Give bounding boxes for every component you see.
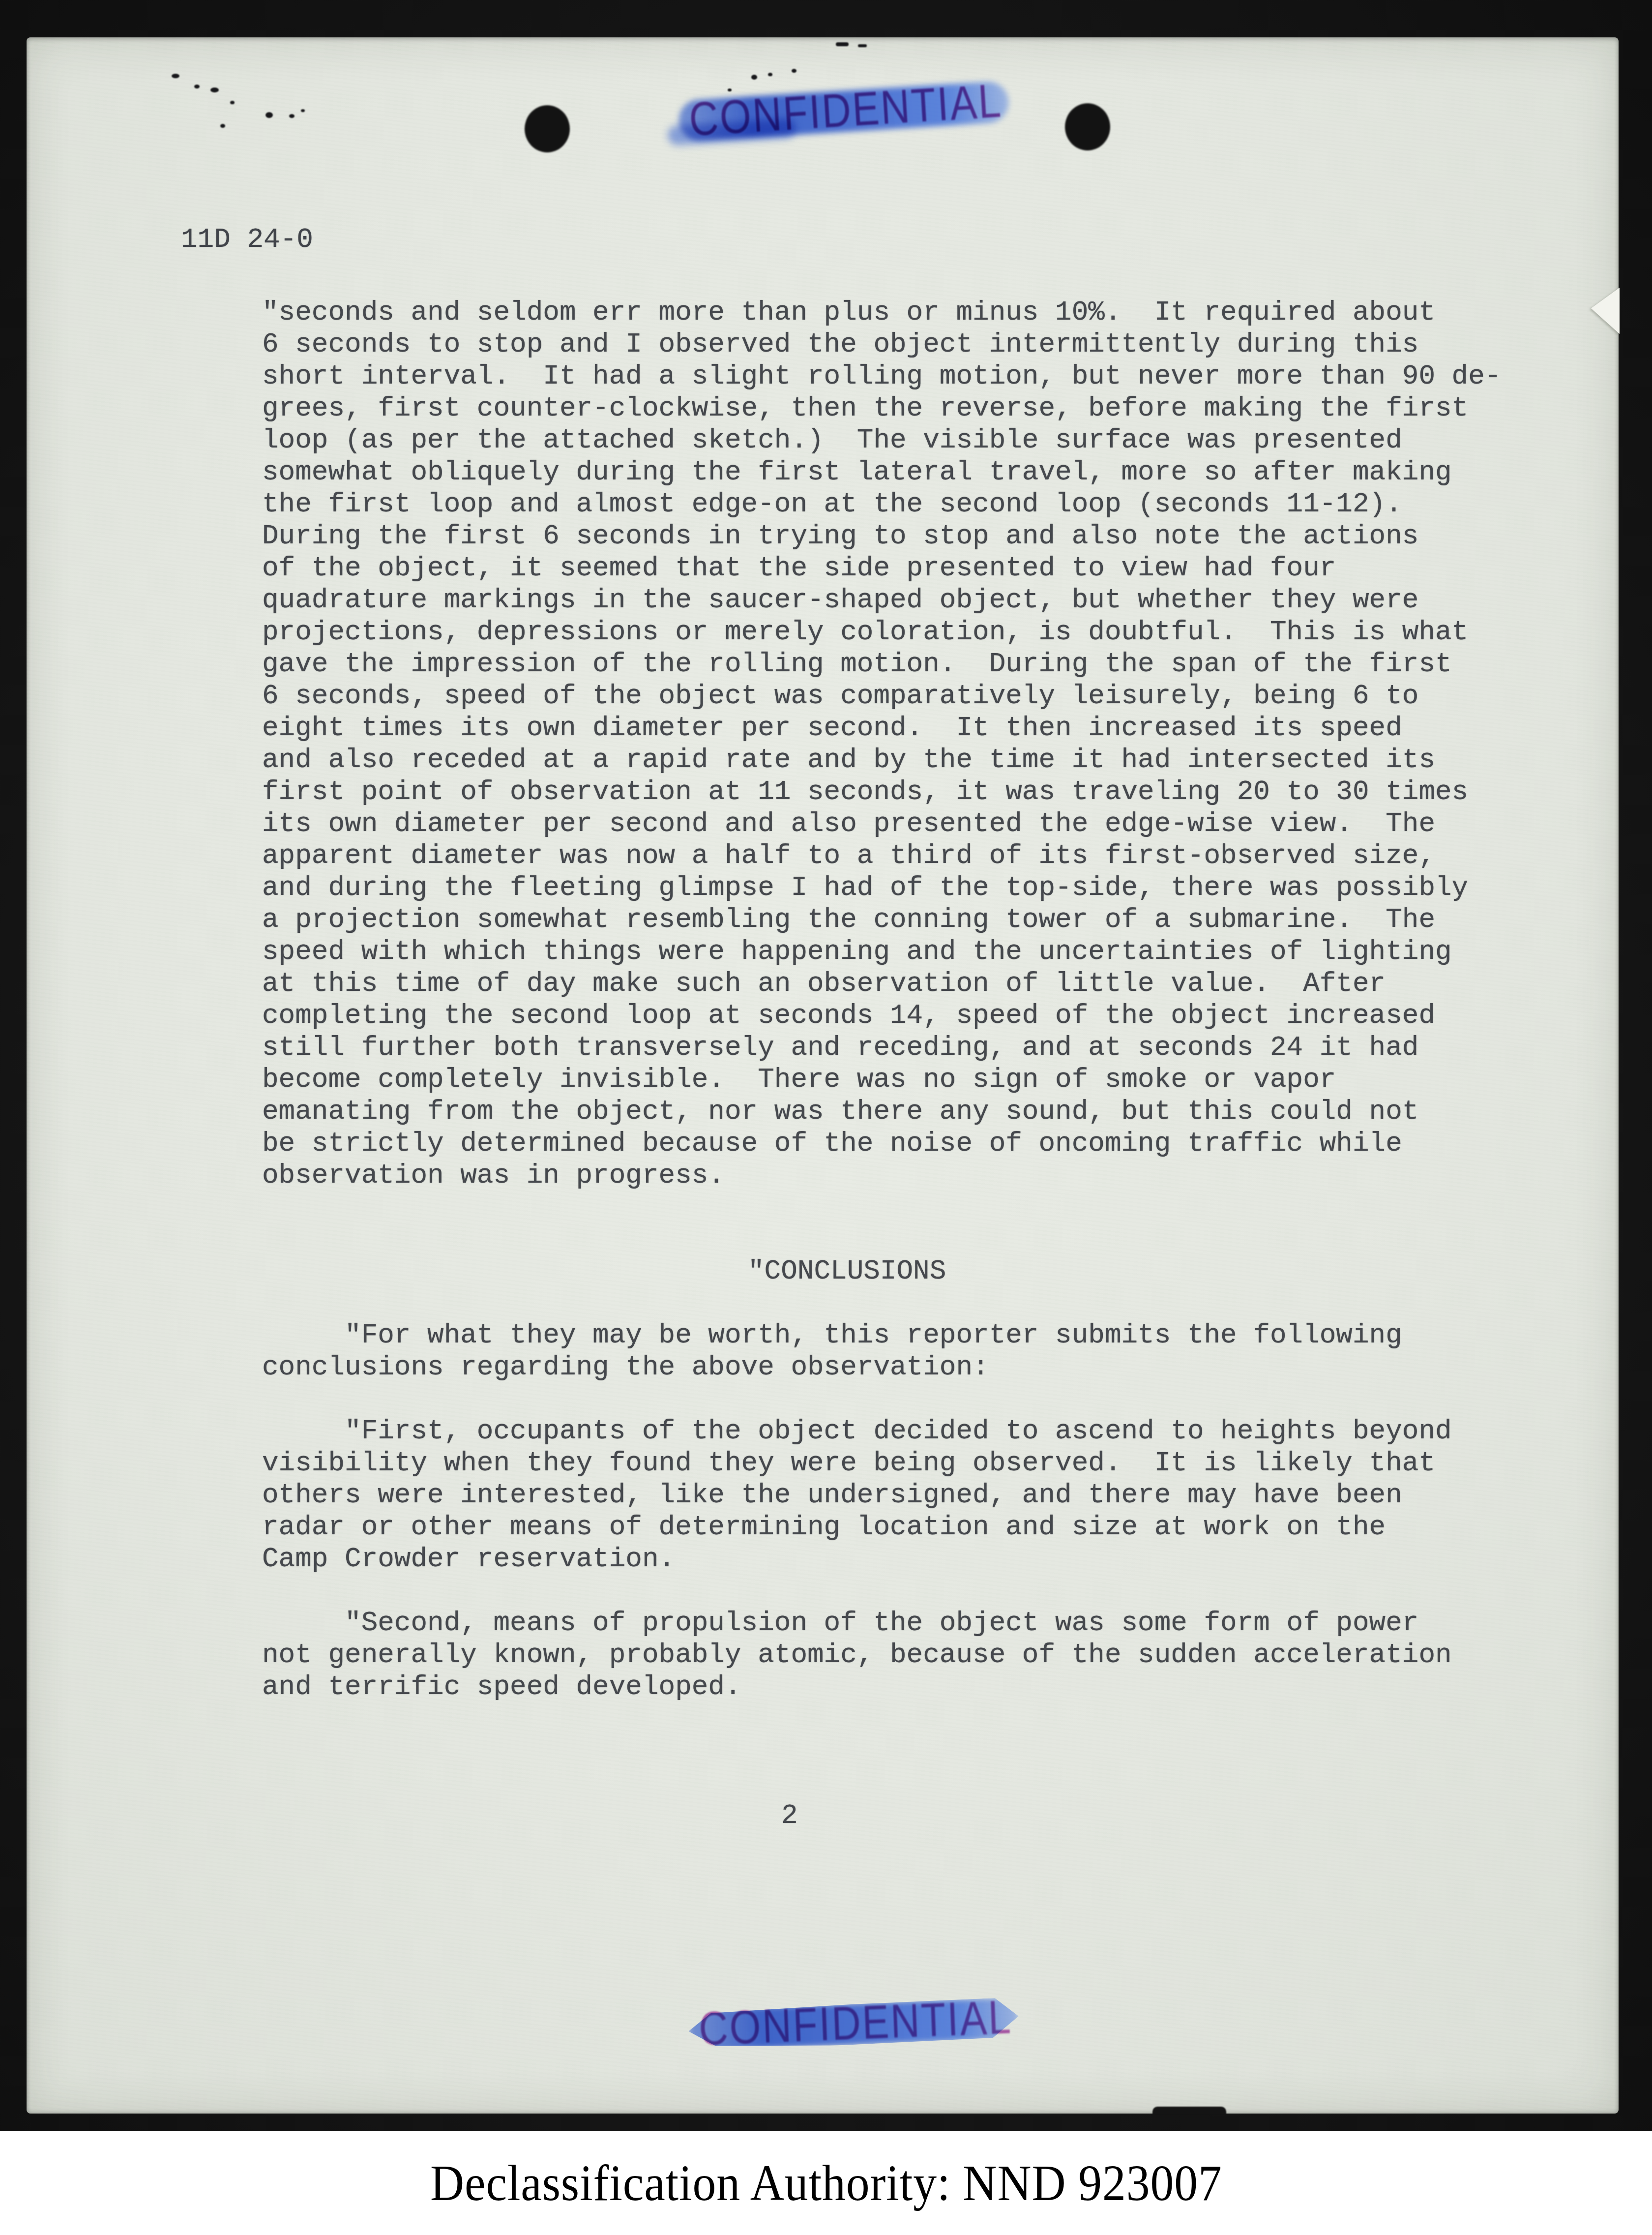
- confidential-stamp-text: CONFIDENTIAL: [698, 1990, 1013, 2056]
- ink-speck: [836, 42, 849, 46]
- typed-line: at this time of day make such an observa…: [262, 968, 1550, 1000]
- ink-speck: [230, 101, 235, 104]
- document-number: 11D 24-0: [181, 224, 313, 256]
- typed-line: conclusions regarding the above observat…: [262, 1351, 1550, 1383]
- typed-line: 6 seconds to stop and I observed the obj…: [262, 328, 1550, 360]
- declassification-strip: Declassification Authority: NND 923007: [0, 2131, 1652, 2235]
- paper-edge-notch: [1152, 2107, 1226, 2115]
- typed-line: 6 seconds, speed of the object was compa…: [262, 680, 1550, 712]
- typed-line: be strictly determined because of the no…: [262, 1128, 1550, 1160]
- confidential-stamp-text: CONFIDENTIAL: [688, 74, 1004, 148]
- typed-line: projections, depressions or merely color…: [262, 616, 1550, 648]
- punch-hole-right: [1065, 103, 1110, 150]
- conclusions-heading: "CONCLUSIONS: [748, 1255, 1550, 1287]
- typed-line: During the first 6 seconds in trying to …: [262, 520, 1550, 552]
- ink-speck: [220, 124, 225, 128]
- ink-speck: [210, 88, 219, 92]
- typed-line: the first loop and almost edge-on at the…: [262, 488, 1550, 520]
- page-number: 2: [781, 1800, 1550, 1832]
- typed-line: become completely invisible. There was n…: [262, 1064, 1550, 1096]
- typed-line: completing the second loop at seconds 14…: [262, 1000, 1550, 1032]
- report-paragraph: "Second, means of propulsion of the obje…: [262, 1607, 1550, 1703]
- paper-tear: [1591, 288, 1620, 334]
- typed-line: and terrific speed developed.: [262, 1671, 1550, 1703]
- typed-line: eight times its own diameter per second.…: [262, 712, 1550, 744]
- typed-line: "For what they may be worth, this report…: [262, 1319, 1550, 1351]
- typed-line: others were interested, like the undersi…: [262, 1479, 1550, 1511]
- typed-line: observation was in progress.: [262, 1160, 1550, 1192]
- typed-line: "seconds and seldom err more than plus o…: [262, 297, 1550, 328]
- ink-speck: [289, 114, 295, 118]
- confidential-stamp-bottom: CONFIDENTIAL: [682, 1980, 1029, 2067]
- typed-line: speed with which things were happening a…: [262, 936, 1550, 968]
- report-paragraph: "For what they may be worth, this report…: [262, 1319, 1550, 1383]
- ink-speck: [265, 112, 273, 118]
- typed-line: Camp Crowder reservation.: [262, 1543, 1550, 1575]
- scanned-document-page: CONFIDENTIAL 11D 24-0 "seconds and seldo…: [27, 37, 1619, 2114]
- punch-hole-left: [525, 105, 570, 152]
- typed-line: gave the impression of the rolling motio…: [262, 648, 1550, 680]
- typed-line: still further both transversely and rece…: [262, 1032, 1550, 1064]
- ink-speck: [194, 85, 200, 89]
- typed-line: "Second, means of propulsion of the obje…: [262, 1607, 1550, 1639]
- typed-line: visibility when they found they were bei…: [262, 1447, 1550, 1479]
- typed-line: first point of observation at 11 seconds…: [262, 776, 1550, 808]
- ink-speck: [858, 44, 867, 47]
- typewritten-body: "seconds and seldom err more than plus o…: [262, 297, 1550, 1832]
- typed-line: its own diameter per second and also pre…: [262, 808, 1550, 840]
- typed-line: grees, first counter-clockwise, then the…: [262, 392, 1550, 424]
- typed-line: quadrature markings in the saucer-shaped…: [262, 584, 1550, 616]
- typed-line: loop (as per the attached sketch.) The v…: [262, 424, 1550, 456]
- ink-speck: [172, 74, 179, 78]
- ink-speck: [301, 109, 305, 112]
- report-paragraph: "First, occupants of the object decided …: [262, 1415, 1550, 1575]
- typed-line: "First, occupants of the object decided …: [262, 1415, 1550, 1447]
- report-paragraph: "seconds and seldom err more than plus o…: [262, 297, 1550, 1192]
- typed-line: and also receded at a rapid rate and by …: [262, 744, 1550, 776]
- typed-line: apparent diameter was now a half to a th…: [262, 840, 1550, 872]
- typed-line: of the object, it seemed that the side p…: [262, 552, 1550, 584]
- typed-line: not generally known, probably atomic, be…: [262, 1639, 1550, 1671]
- declassification-authority-text: Declassification Authority: NND 923007: [430, 2154, 1222, 2212]
- typed-line: emanating from the object, nor was there…: [262, 1096, 1550, 1128]
- typed-line: a projection somewhat resembling the con…: [262, 904, 1550, 936]
- confidential-stamp-top: CONFIDENTIAL: [672, 63, 1020, 158]
- typed-line: short interval. It had a slight rolling …: [262, 360, 1550, 392]
- ink-speck: [768, 73, 772, 76]
- typed-line: and during the fleeting glimpse I had of…: [262, 872, 1550, 904]
- ink-speck: [792, 69, 796, 73]
- typed-line: somewhat obliquely during the first late…: [262, 456, 1550, 488]
- typed-line: radar or other means of determining loca…: [262, 1511, 1550, 1543]
